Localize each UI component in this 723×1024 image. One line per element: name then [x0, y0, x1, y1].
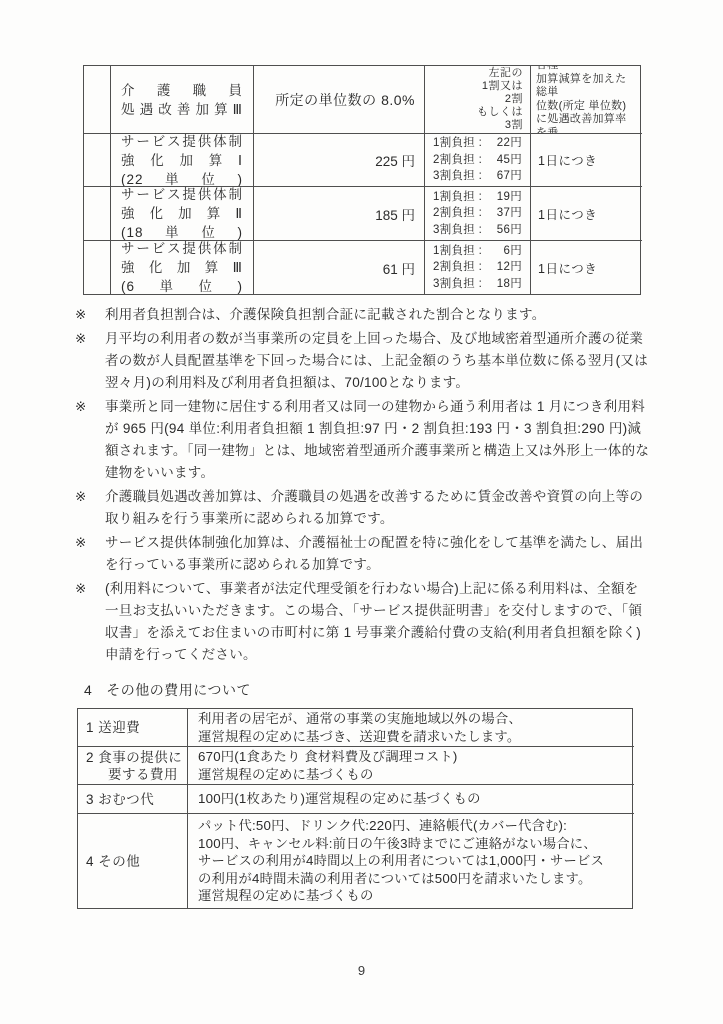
section-title: その他の費用について	[106, 682, 251, 698]
service-addition-1-amount: 225 円	[254, 134, 425, 187]
note-item: ※ 月平均の利用者の数が当事業所の定員を上回った場合、及び地域密着型通所介護の従…	[75, 328, 651, 394]
other-costs-table: 1 送迎費 利用者の居宅が、通常の事業の実施地域以外の場合、 運営規程の定めに基…	[77, 708, 633, 909]
asterisk-marker: ※	[75, 578, 87, 600]
asterisk-marker: ※	[75, 328, 87, 350]
note-text: 月平均の利用者の数が当事業所の定員を上回った場合、及び地域密着型通所介護の従業者…	[105, 331, 648, 390]
service-addition-1-per: 1日につき	[531, 134, 642, 187]
table-empty-cell	[84, 134, 111, 187]
section-heading: 4その他の費用について	[84, 680, 723, 700]
service-addition-2-amount: 185 円	[254, 187, 425, 241]
document-page: 介護職員 処遇改善加算Ⅲ 所定の単位数の 8.0% 左記の 1割又は 2割 もし…	[0, 0, 723, 1024]
note-text: (利用料について、事業者が法定代理受領を行わない場合)上記に係る利用料は、全額を…	[105, 581, 642, 662]
cost-row-diaper-label: 3 おむつ代	[78, 785, 188, 814]
asterisk-marker: ※	[75, 304, 87, 326]
service-addition-3-name: サービス提供体制 強化加算Ⅲ (6単位)	[111, 241, 254, 294]
cost-row-transport-label: 1 送迎費	[78, 709, 188, 747]
note-text: サービス提供体制強化加算は、介護福祉士の配置を特に強化をして基準を満たし、届出を…	[105, 535, 643, 572]
note-item: ※ (利用料について、事業者が法定代理受領を行わない場合)上記に係る利用料は、全…	[75, 578, 651, 666]
cost-row-other-label: 4 その他	[78, 814, 188, 908]
page-number: 9	[0, 963, 723, 978]
table-corner-cell	[84, 66, 111, 134]
service-addition-3-burden: 1割負担 :6円 2割負担 :12円 3割負担 :18円	[425, 241, 531, 294]
notes-list: ※ 利用者負担割合は、介護保険負担割合証に記載された割合となります。 ※ 月平均…	[75, 304, 651, 666]
service-addition-2-burden: 1割負担 :19円 2割負担 :37円 3割負担 :56円	[425, 187, 531, 241]
burden-ratio-header: 左記の 1割又は 2割 もしくは 3割	[425, 66, 531, 134]
service-addition-1-name: サービス提供体制 強化加算Ⅰ (22単位)	[111, 134, 254, 187]
addition-rate-cell: 所定の単位数の 8.0%	[254, 66, 425, 134]
service-addition-2-per: 1日につき	[531, 187, 642, 241]
service-addition-3-per: 1日につき	[531, 241, 642, 294]
note-item: ※ 利用者負担割合は、介護保険負担割合証に記載された割合となります。	[75, 304, 651, 326]
addition-name-line: 介護職員	[121, 81, 243, 100]
table-empty-cell	[84, 241, 111, 294]
note-item: ※ 介護職員処遇改善加算は、介護職員の処遇を改善するために賃金改善や資質の向上等…	[75, 486, 651, 530]
note-item: ※ サービス提供体制強化加算は、介護福祉士の配置を特に強化をして基準を満たし、届…	[75, 532, 651, 576]
cost-row-meal-content: 670円(1食あたり 食材料費及び調理コスト) 運営規程の定めに基づくもの	[188, 747, 634, 785]
cost-row-transport-content: 利用者の居宅が、通常の事業の実施地域以外の場合、 運営規程の定めに基づき、送迎費…	[188, 709, 634, 747]
table-empty-cell	[84, 187, 111, 241]
note-item: ※ 事業所と同一建物に居住する利用者又は同一の建物から通う利用者は 1 月につき…	[75, 396, 651, 484]
service-addition-1-burden: 1割負担 :22円 2割負担 :45円 3割負担 :67円	[425, 134, 531, 187]
addition-name-header: 介護職員 処遇改善加算Ⅲ	[111, 66, 254, 134]
cost-row-meal-label: 2 食事の提供に 要する費用	[78, 747, 188, 785]
note-text: 利用者負担割合は、介護保険負担割合証に記載された割合となります。	[105, 307, 546, 322]
asterisk-marker: ※	[75, 396, 87, 418]
service-addition-3-amount: 61 円	[254, 241, 425, 294]
note-text: 介護職員処遇改善加算は、介護職員の処遇を改善するために賃金改善や資質の向上等の取…	[105, 489, 643, 526]
calculation-note-cell: 基本サービス費に 各種 加算減算を加えた総単 位数(所定 単位数) に処遇改善加…	[531, 66, 642, 134]
asterisk-marker: ※	[75, 532, 87, 554]
section-number: 4	[84, 682, 92, 698]
addition-name-line: 処遇改善加算Ⅲ	[121, 100, 243, 119]
asterisk-marker: ※	[75, 486, 87, 508]
service-addition-2-name: サービス提供体制 強化加算Ⅱ (18単位)	[111, 187, 254, 241]
addition-fee-table: 介護職員 処遇改善加算Ⅲ 所定の単位数の 8.0% 左記の 1割又は 2割 もし…	[83, 65, 641, 295]
cost-row-diaper-content: 100円(1枚あたり)運営規程の定めに基づくもの	[188, 785, 634, 814]
cost-row-other-content: パット代:50円、ドリンク代:220円、連絡帳代(カバー代含む): 100円、キ…	[188, 814, 634, 908]
note-text: 事業所と同一建物に居住する利用者又は同一の建物から通う利用者は 1 月につき利用…	[105, 399, 649, 480]
